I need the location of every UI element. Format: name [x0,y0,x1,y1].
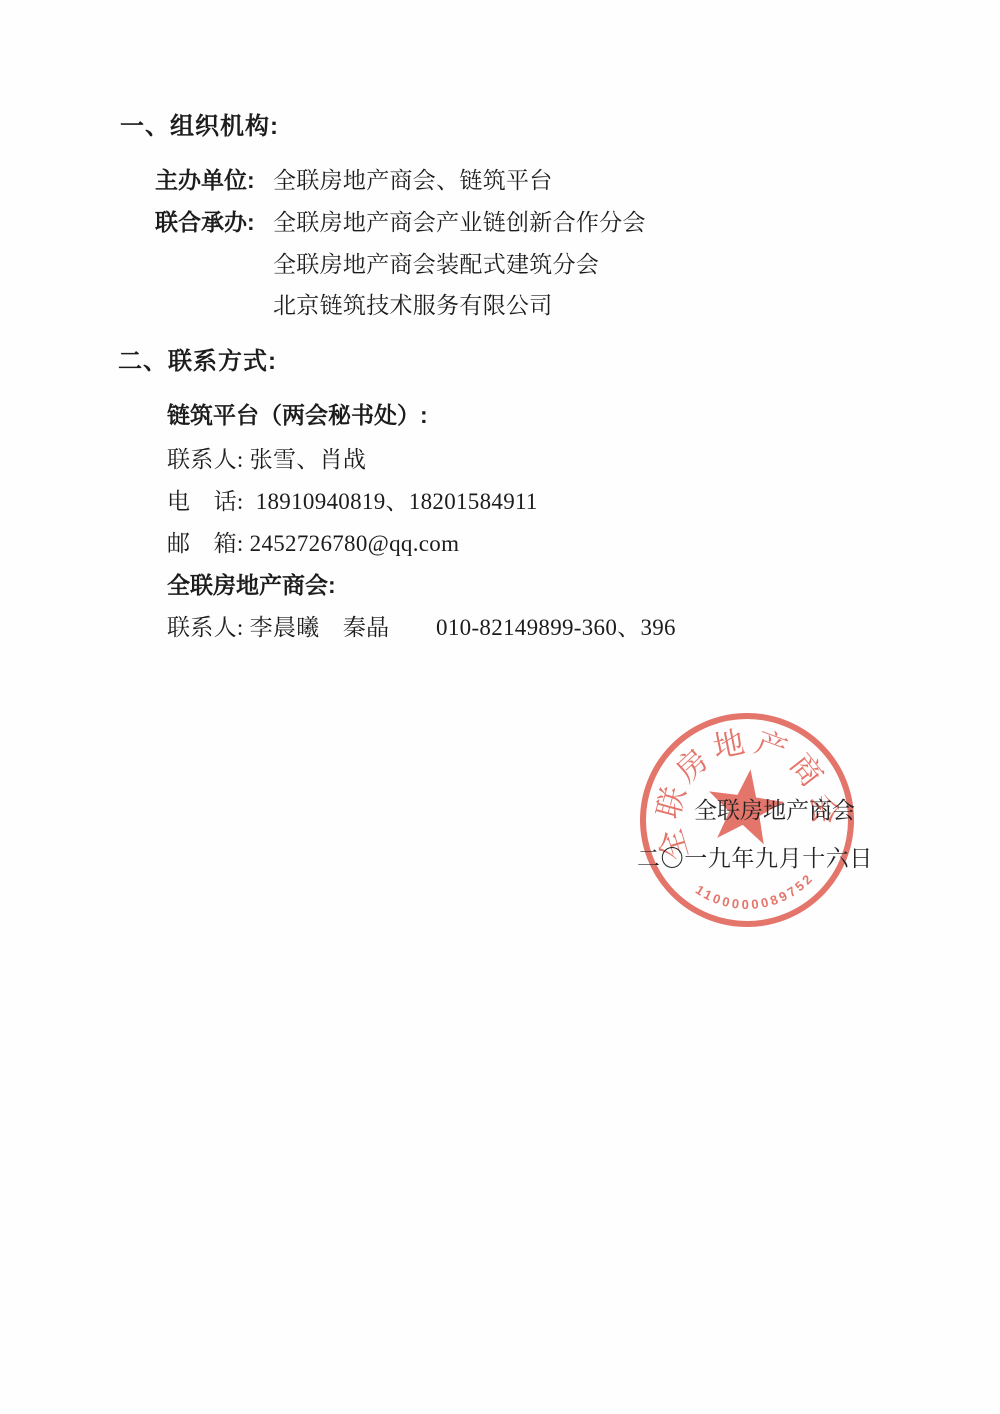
co-organizer-label: 联合承办: [155,204,255,237]
seal-serial-number: 1100000089752 [693,870,817,912]
document-page: 一、组织机构: 主办单位: 全联房地产商会、链筑平台 联合承办: 全联房地产商会… [0,0,1000,1414]
contact-line-email: 邮 箱: 2452726780@qq.com [167,525,459,558]
signature-date: 二〇一九年九月十六日 [637,840,873,873]
section-contact-heading: 二、联系方式: [118,341,277,376]
contact-group-chamber-title: 全联房地产商会: [167,567,336,600]
contact-line-person: 联系人: 张雪、肖战 [167,441,366,474]
contact-line-chamber-person: 联系人: 李晨曦 秦晶 010-82149899-360、396 [167,609,676,642]
co-organizer-value-1: 全联房地产商会产业链创新合作分会 [273,204,646,237]
contact-line-phone: 电 话: 18910940819、18201584911 [167,483,538,516]
host-unit-label: 主办单位: [155,162,255,195]
host-unit-value: 全联房地产商会、链筑平台 [273,162,553,195]
contact-group-linkzhu-title: 链筑平台（两会秘书处）: [167,397,428,430]
co-organizer-value-2: 全联房地产商会装配式建筑分会 [273,246,599,279]
section-org-heading: 一、组织机构: [120,106,279,141]
co-organizer-value-3: 北京链筑技术服务有限公司 [273,287,553,320]
signature-org: 全联房地产商会 [694,792,855,825]
